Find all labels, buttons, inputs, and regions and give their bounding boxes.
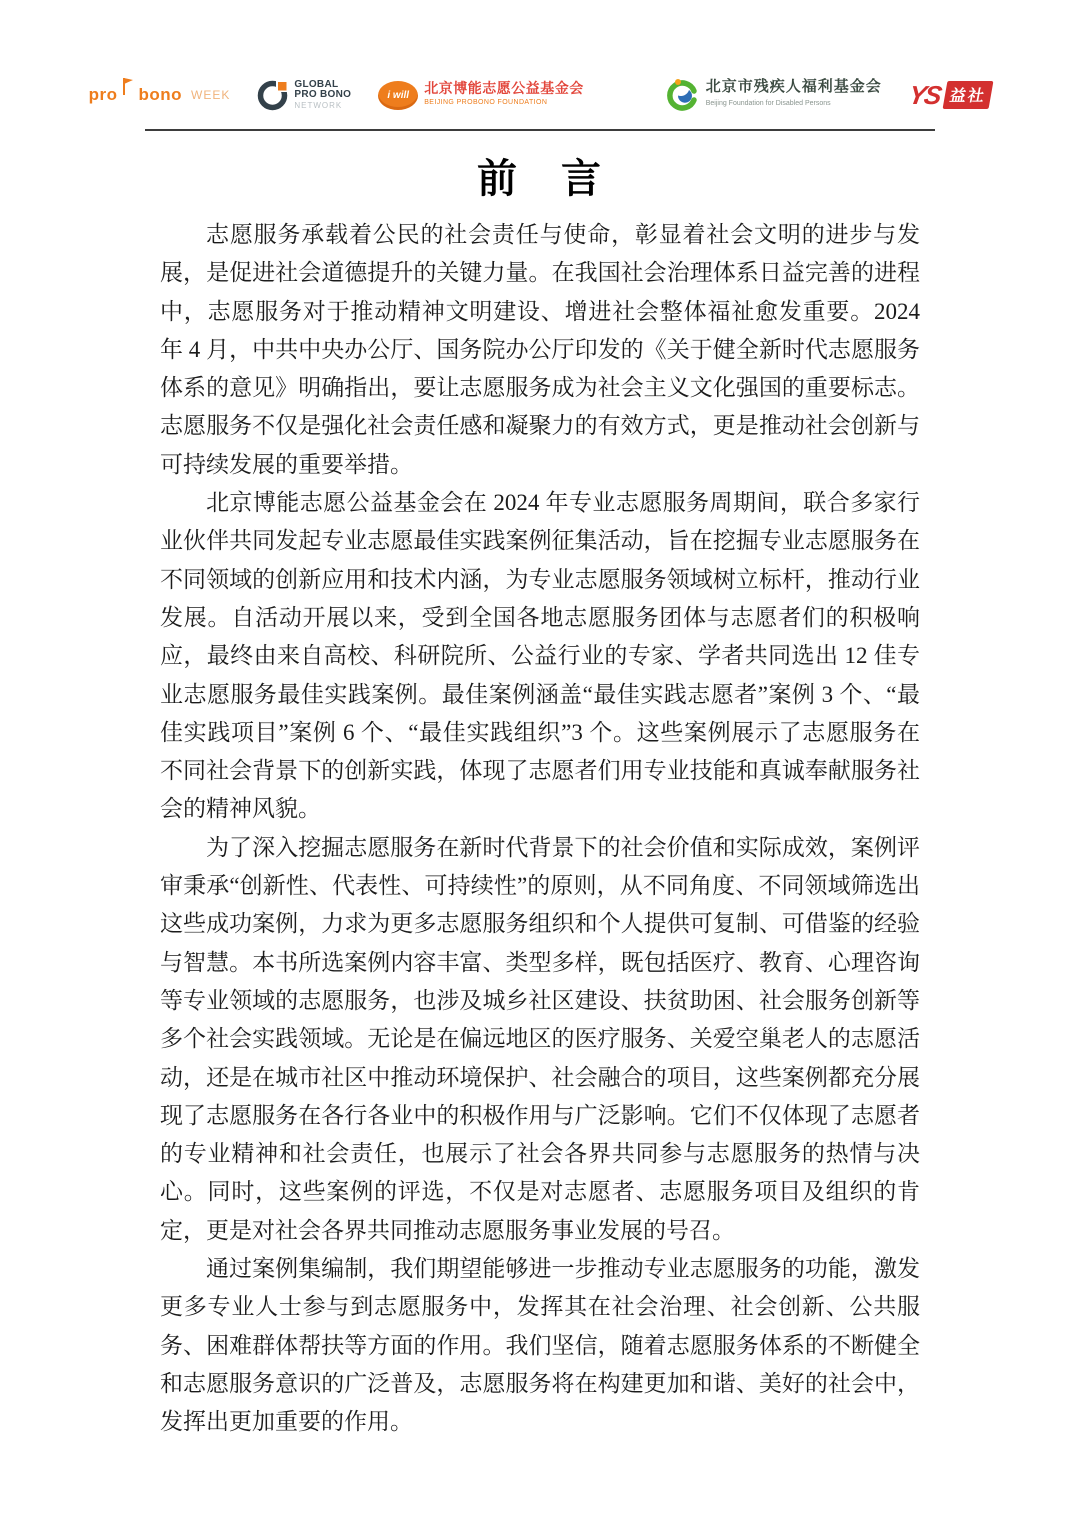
- flag-icon: [121, 77, 134, 95]
- beijing-probono-cn: 北京博能志愿公益基金会: [424, 81, 584, 95]
- pro-bono-week-bono: bono: [138, 85, 182, 105]
- disabled-foundation-en: Beijing Foundation for Disabled Persons: [706, 96, 882, 111]
- preface-body: 志愿服务承载着公民的社会责任与使命，彰显着社会文明的进步与发展，是促进社会道德提…: [160, 216, 920, 1442]
- disabled-persons-foundation-icon: [665, 78, 700, 113]
- global-pro-bono-line1: GLOBAL: [294, 80, 351, 90]
- beijing-probono-foundation-logo: i will 北京博能志愿公益基金会 BEIJING PROBONO FOUND…: [378, 81, 584, 110]
- beijing-probono-en: BEIJING PROBONO FOUNDATION: [424, 96, 584, 110]
- pro-bono-week-logo: pro bono WEEK: [89, 85, 231, 105]
- paragraph-2: 北京博能志愿公益基金会在 2024 年专业志愿服务周期间，联合多家行业伙伴共同发…: [160, 484, 920, 829]
- page-title: 前 言: [0, 147, 1080, 204]
- paragraph-3: 为了深入挖掘志愿服务在新时代背景下的社会价值和实际成效，案例评审秉承“创新性、代…: [160, 829, 920, 1250]
- paragraph-1: 志愿服务承载着公民的社会责任与使命，彰显着社会文明的进步与发展，是促进社会道德提…: [160, 216, 920, 484]
- logo-bar: pro bono WEEK GLOBAL PRO BONO NETWORK i …: [145, 70, 935, 120]
- document-page: pro bono WEEK GLOBAL PRO BONO NETWORK i …: [0, 0, 1080, 1527]
- pro-bono-week-pro: pro: [89, 85, 118, 105]
- global-pro-bono-logo: GLOBAL PRO BONO NETWORK: [257, 80, 351, 111]
- global-pro-bono-line3: NETWORK: [294, 101, 351, 111]
- yishe-cn: 益社: [943, 81, 994, 109]
- yishe-ys-mark: YS: [906, 80, 942, 111]
- global-pro-bono-icon: [257, 80, 288, 111]
- header-divider: [145, 129, 935, 131]
- iwill-badge-icon: i will: [378, 81, 418, 110]
- global-pro-bono-line2: PRO BONO: [294, 90, 351, 100]
- disabled-persons-foundation-logo: 北京市残疾人福利基金会 Beijing Foundation for Disab…: [665, 78, 882, 113]
- disabled-foundation-cn: 北京市残疾人福利基金会: [706, 80, 882, 95]
- yishe-logo: YS 益社: [909, 80, 992, 111]
- paragraph-4: 通过案例集编制，我们期望能够进一步推动专业志愿服务的功能，激发更多专业人士参与到…: [160, 1250, 920, 1441]
- pro-bono-week-week: WEEK: [191, 88, 230, 102]
